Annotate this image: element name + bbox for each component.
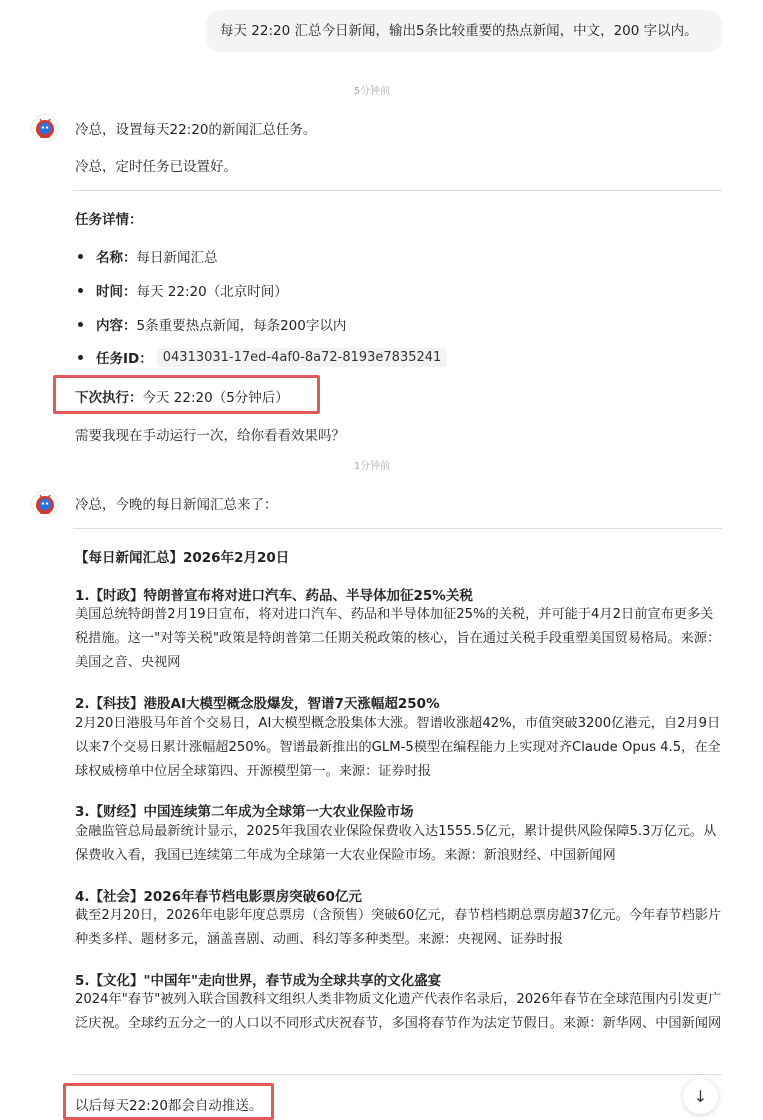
task-id-code[interactable]: 04313031-17ed-4af0-8a72-8193e7835241 — [157, 348, 448, 367]
assistant-text: 冷总，设置每天22:20的新闻汇总任务。 — [75, 118, 316, 138]
news-title: 4.【社会】2026年春节档电影票房突破60亿元 — [75, 885, 362, 905]
detail-value: 每天 22:20（北京时间） — [137, 280, 288, 300]
assistant-text: 冷总，定时任务已设置好。 — [75, 155, 237, 175]
timestamp: 5分钟前 — [332, 82, 412, 97]
assistant-avatar — [31, 114, 59, 142]
robot-avatar-icon — [33, 492, 57, 516]
detail-value: 每日新闻汇总 — [137, 246, 218, 266]
detail-label: 时间： — [96, 280, 137, 300]
bullet-icon — [78, 254, 83, 259]
assistant-question: 需要我现在手动运行一次，给你看看效果吗？ — [75, 424, 345, 444]
detail-item-content: 内容： 5条重要热点新闻，每条200字以内 — [78, 314, 346, 334]
detail-label: 任务ID： — [96, 347, 153, 367]
news-body: 截至2月20日，2026年电影年度总票房（含预售）突破60亿元，春节档档期总票房… — [75, 904, 725, 952]
detail-label: 名称： — [96, 246, 137, 266]
detail-value: 5条重要热点新闻，每条200字以内 — [137, 314, 347, 334]
bullet-icon — [78, 355, 83, 360]
news-body: 2024年"春节"被列入联合国教科文组织人类非物质文化遗产代表作名录后，2026… — [75, 988, 725, 1036]
arrow-down-icon: ↓ — [694, 1087, 707, 1106]
assistant-avatar — [31, 490, 59, 518]
details-heading: 任务详情： — [75, 208, 143, 228]
news-body: 2月20日港股马年首个交易日，AI大模型概念股集体大涨。智谱收涨超42%，市值突… — [75, 712, 725, 784]
assistant-intro: 冷总，今晚的每日新闻汇总来了： — [75, 493, 278, 513]
user-message-bubble: 每天 22:20 汇总今日新闻，输出5条比较重要的热点新闻，中文，200 字以内… — [206, 10, 722, 52]
news-title: 5.【文化】"中国年"走向世界，春节成为全球共享的文化盛宴 — [75, 969, 441, 989]
news-title: 1.【时政】特朗普宣布将对进口汽车、药品、半导体加征25%关税 — [75, 584, 473, 604]
detail-item-task-id: 任务ID： 04313031-17ed-4af0-8a72-8193e78352… — [78, 347, 447, 367]
detail-item-time: 时间： 每天 22:20（北京时间） — [78, 280, 288, 300]
next-run-value: 今天 22:20（5分钟后） — [143, 390, 289, 406]
bullet-icon — [78, 322, 83, 327]
next-run-label: 下次执行： — [75, 390, 143, 406]
assistant-footer: 以后每天22:20都会自动推送。 — [75, 1094, 262, 1114]
bullet-icon — [78, 288, 83, 293]
digest-title: 【每日新闻汇总】2026年2月20日 — [75, 546, 289, 566]
news-body: 美国总统特朗普2月19日宣布，将对进口汽车、药品和半导体加征25%的关税，并可能… — [75, 603, 725, 675]
robot-avatar-icon — [33, 116, 57, 140]
detail-label: 内容： — [96, 314, 137, 334]
chat-page: 每天 22:20 汇总今日新闻，输出5条比较重要的热点新闻，中文，200 字以内… — [0, 0, 763, 1120]
divider — [73, 1074, 722, 1075]
scroll-to-bottom-button[interactable]: ↓ — [683, 1079, 718, 1114]
news-title: 3.【财经】中国连续第二年成为全球第一大农业保险市场 — [75, 800, 414, 820]
user-message-text: 每天 22:20 汇总今日新闻，输出5条比较重要的热点新闻，中文，200 字以内… — [220, 23, 698, 39]
detail-item-name: 名称： 每日新闻汇总 — [78, 246, 218, 266]
next-run-line: 下次执行：今天 22:20（5分钟后） — [75, 386, 289, 406]
divider — [73, 528, 722, 529]
news-body: 金融监管总局最新统计显示，2025年我国农业保险保费收入达1555.5亿元，累计… — [75, 820, 725, 868]
news-title: 2.【科技】港股AI大模型概念股爆发，智谱7天涨幅超250% — [75, 692, 440, 712]
divider — [73, 190, 722, 191]
timestamp: 1分钟前 — [332, 457, 412, 472]
